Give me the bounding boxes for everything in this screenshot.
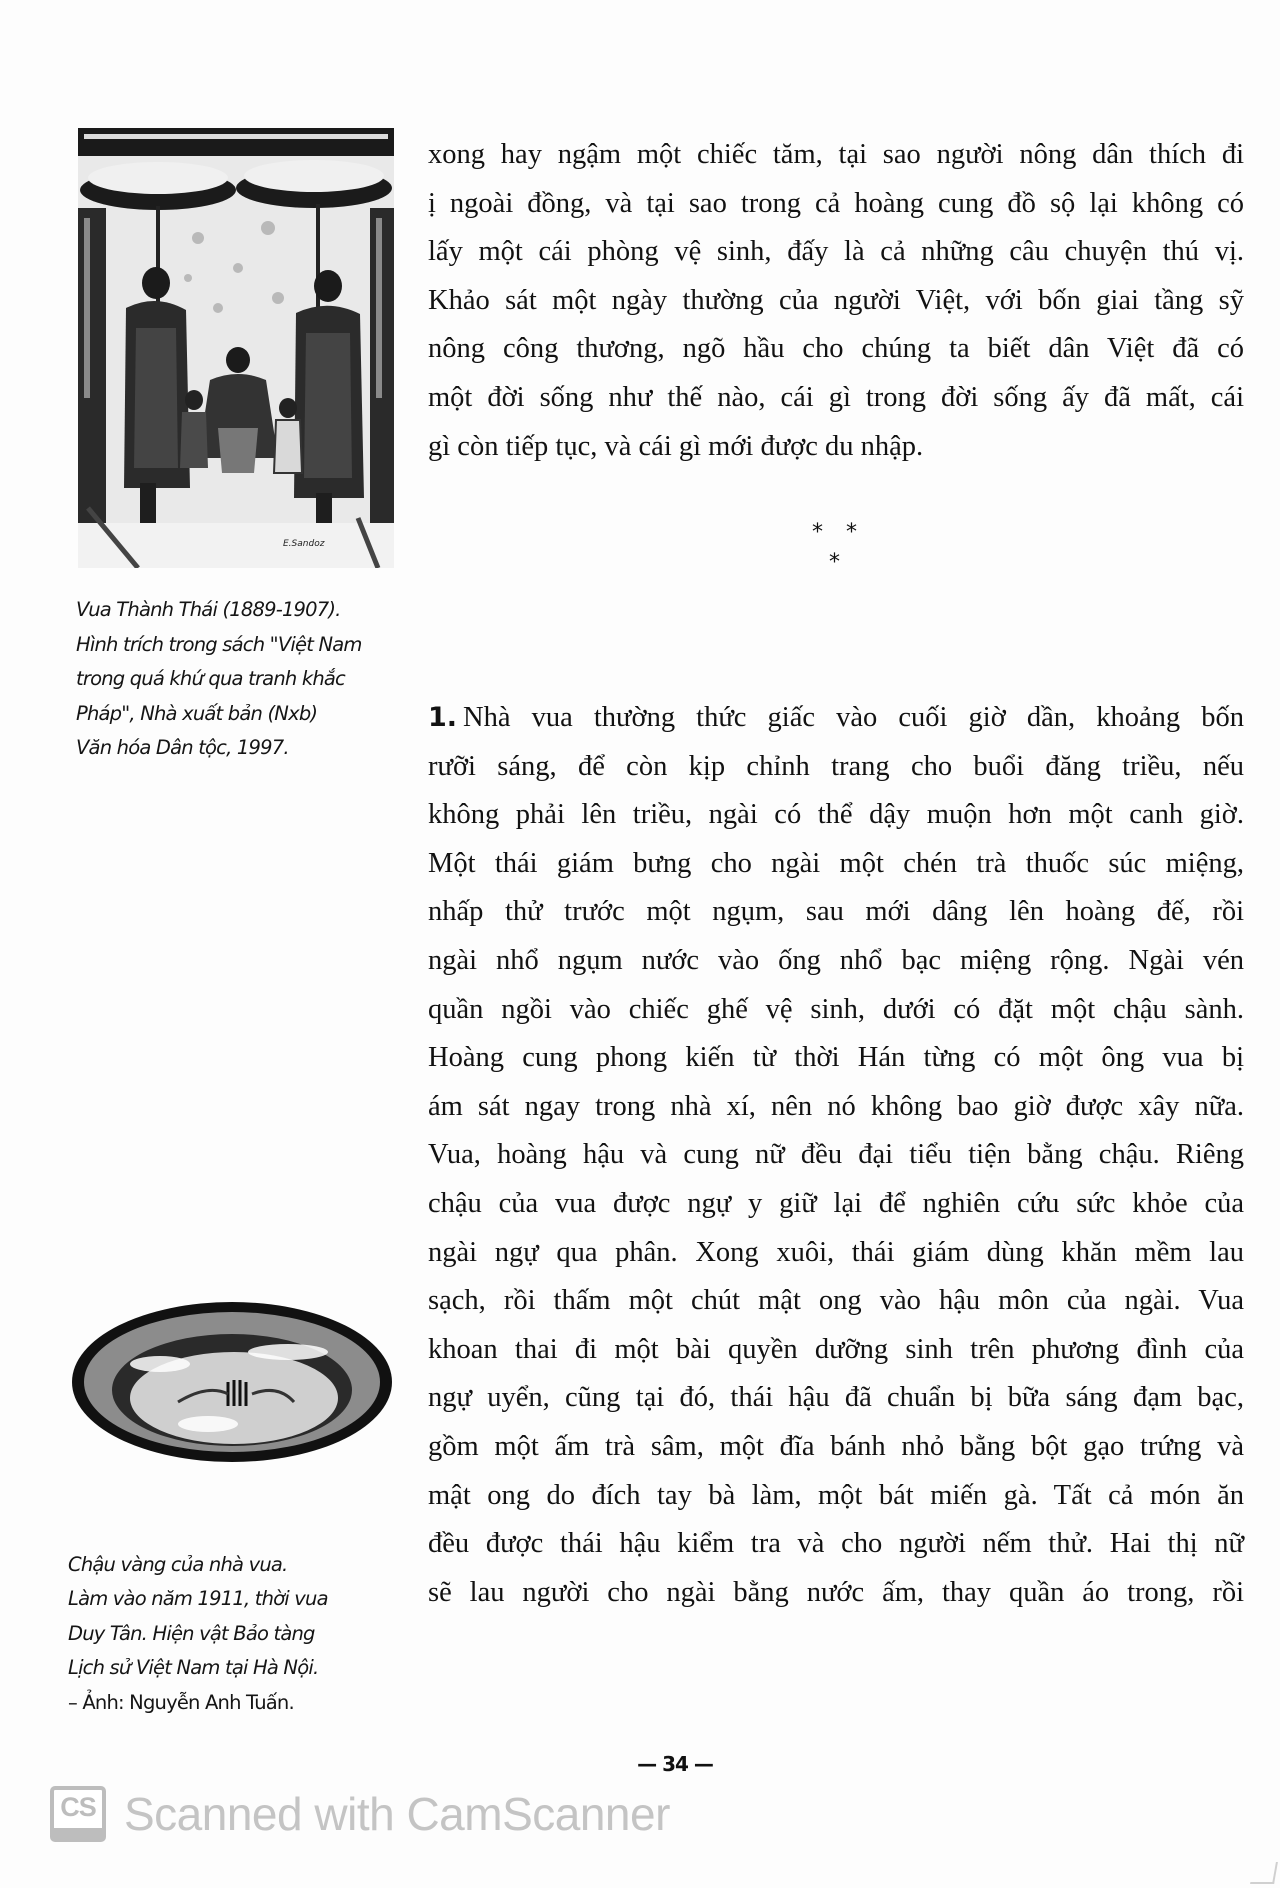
figure-1-caption: Vua Thành Thái (1889-1907). Hình trích t… [76, 593, 416, 766]
text-line: một đời sống như thế nào, cái gì trong đ… [428, 374, 1244, 423]
page-number: — 34 — [620, 1752, 730, 1776]
text-line: Vua, hoàng hậu và cung nữ đều đại tiểu t… [428, 1131, 1244, 1180]
text-line: ị ngoài đồng, và tại sao trong cả hoàng … [428, 180, 1244, 229]
text-line: Khảo sát một ngày thường của người Việt,… [428, 277, 1244, 326]
text-line: ngự uyển, cũng tại đó, thái hậu đã chuẩn… [428, 1374, 1244, 1423]
text-line: 1.Nhà vua thường thức giấc vào cuối giờ … [428, 694, 1244, 743]
section-1-paragraph: 1.Nhà vua thường thức giấc vào cuối giờ … [428, 694, 1244, 1617]
asterisk-icon: * [829, 552, 840, 574]
camscanner-watermark: CS Scanned with CamScanner [50, 1786, 670, 1842]
text-line: gì còn tiếp tục, và cái gì mới được du n… [428, 423, 1244, 472]
text-line: xong hay ngậm một chiếc tăm, tại sao ngư… [428, 131, 1244, 180]
svg-text:E.Sandoz: E.Sandoz [283, 539, 325, 549]
scanned-page: E.Sandoz Vua Thành Thái (1889-1907). Hìn… [0, 0, 1280, 1888]
caption-text: Chậu vàng của nhà vua. Làm vào năm 1911,… [68, 1553, 328, 1680]
text-line: ám sát ngay trong nhà xí, nên nó không b… [428, 1083, 1244, 1132]
text-line: Một thái giám bưng cho ngài một chén trà… [428, 840, 1244, 889]
text-line: nông công thương, ngõ hầu cho chúng ta b… [428, 325, 1244, 374]
text-line: Hoàng cung phong kiến từ thời Hán từng c… [428, 1034, 1244, 1083]
gold-basin-photo [68, 1294, 396, 1470]
text-line: nhấp thử trước một ngụm, sau mới dâng lê… [428, 888, 1244, 937]
king-thanh-thai-engraving: E.Sandoz [78, 128, 394, 568]
text-line: gồm một ấm trà sâm, một đĩa bánh nhỏ bằn… [428, 1423, 1244, 1472]
camscanner-logo-icon: CS [50, 1786, 106, 1842]
text-line: sạch, rồi thấm một chút mật ong vào hậu … [428, 1277, 1244, 1326]
photo-credit: – Ảnh: Nguyễn Anh Tuấn. [68, 1686, 408, 1721]
text-line: rưỡi sáng, để còn kịp chỉnh trang cho bu… [428, 743, 1244, 792]
text-line: ngài ngự qua phân. Xong xuôi, thái giám … [428, 1229, 1244, 1278]
text-line: ngài nhổ ngụm nước vào ống nhổ bạc miệng… [428, 937, 1244, 986]
scan-corner-mark [1250, 1862, 1278, 1884]
text-line: sẽ lau người cho ngài bằng nước ấm, thay… [428, 1569, 1244, 1618]
text-line: chậu của vua được ngự y giữ lại để nghiê… [428, 1180, 1244, 1229]
text-line: khoan thai đi một bài quyền dưỡng sinh t… [428, 1326, 1244, 1375]
figure-2-caption: Chậu vàng của nhà vua. Làm vào năm 1911,… [68, 1513, 408, 1755]
text-line: quần ngồi vào chiếc ghế vệ sinh, dưới có… [428, 986, 1244, 1035]
asterisk-icon: * [846, 522, 857, 544]
text-line: đều được thái hậu kiểm tra và cho người … [428, 1520, 1244, 1569]
text-line: không phải lên triều, ngài có thể dậy mu… [428, 791, 1244, 840]
text-line: lấy một cái phòng vệ sinh, đấy là cả nhữ… [428, 228, 1244, 277]
section-number: 1. [428, 702, 457, 733]
watermark-text: Scanned with CamScanner [124, 1787, 670, 1841]
asterism-separator: * * * [808, 522, 868, 572]
text-line: mật ong do đích tay bà làm, một bát miến… [428, 1472, 1244, 1521]
asterisk-icon: * [812, 522, 823, 544]
intro-paragraph: xong hay ngậm một chiếc tăm, tại sao ngư… [428, 131, 1244, 471]
